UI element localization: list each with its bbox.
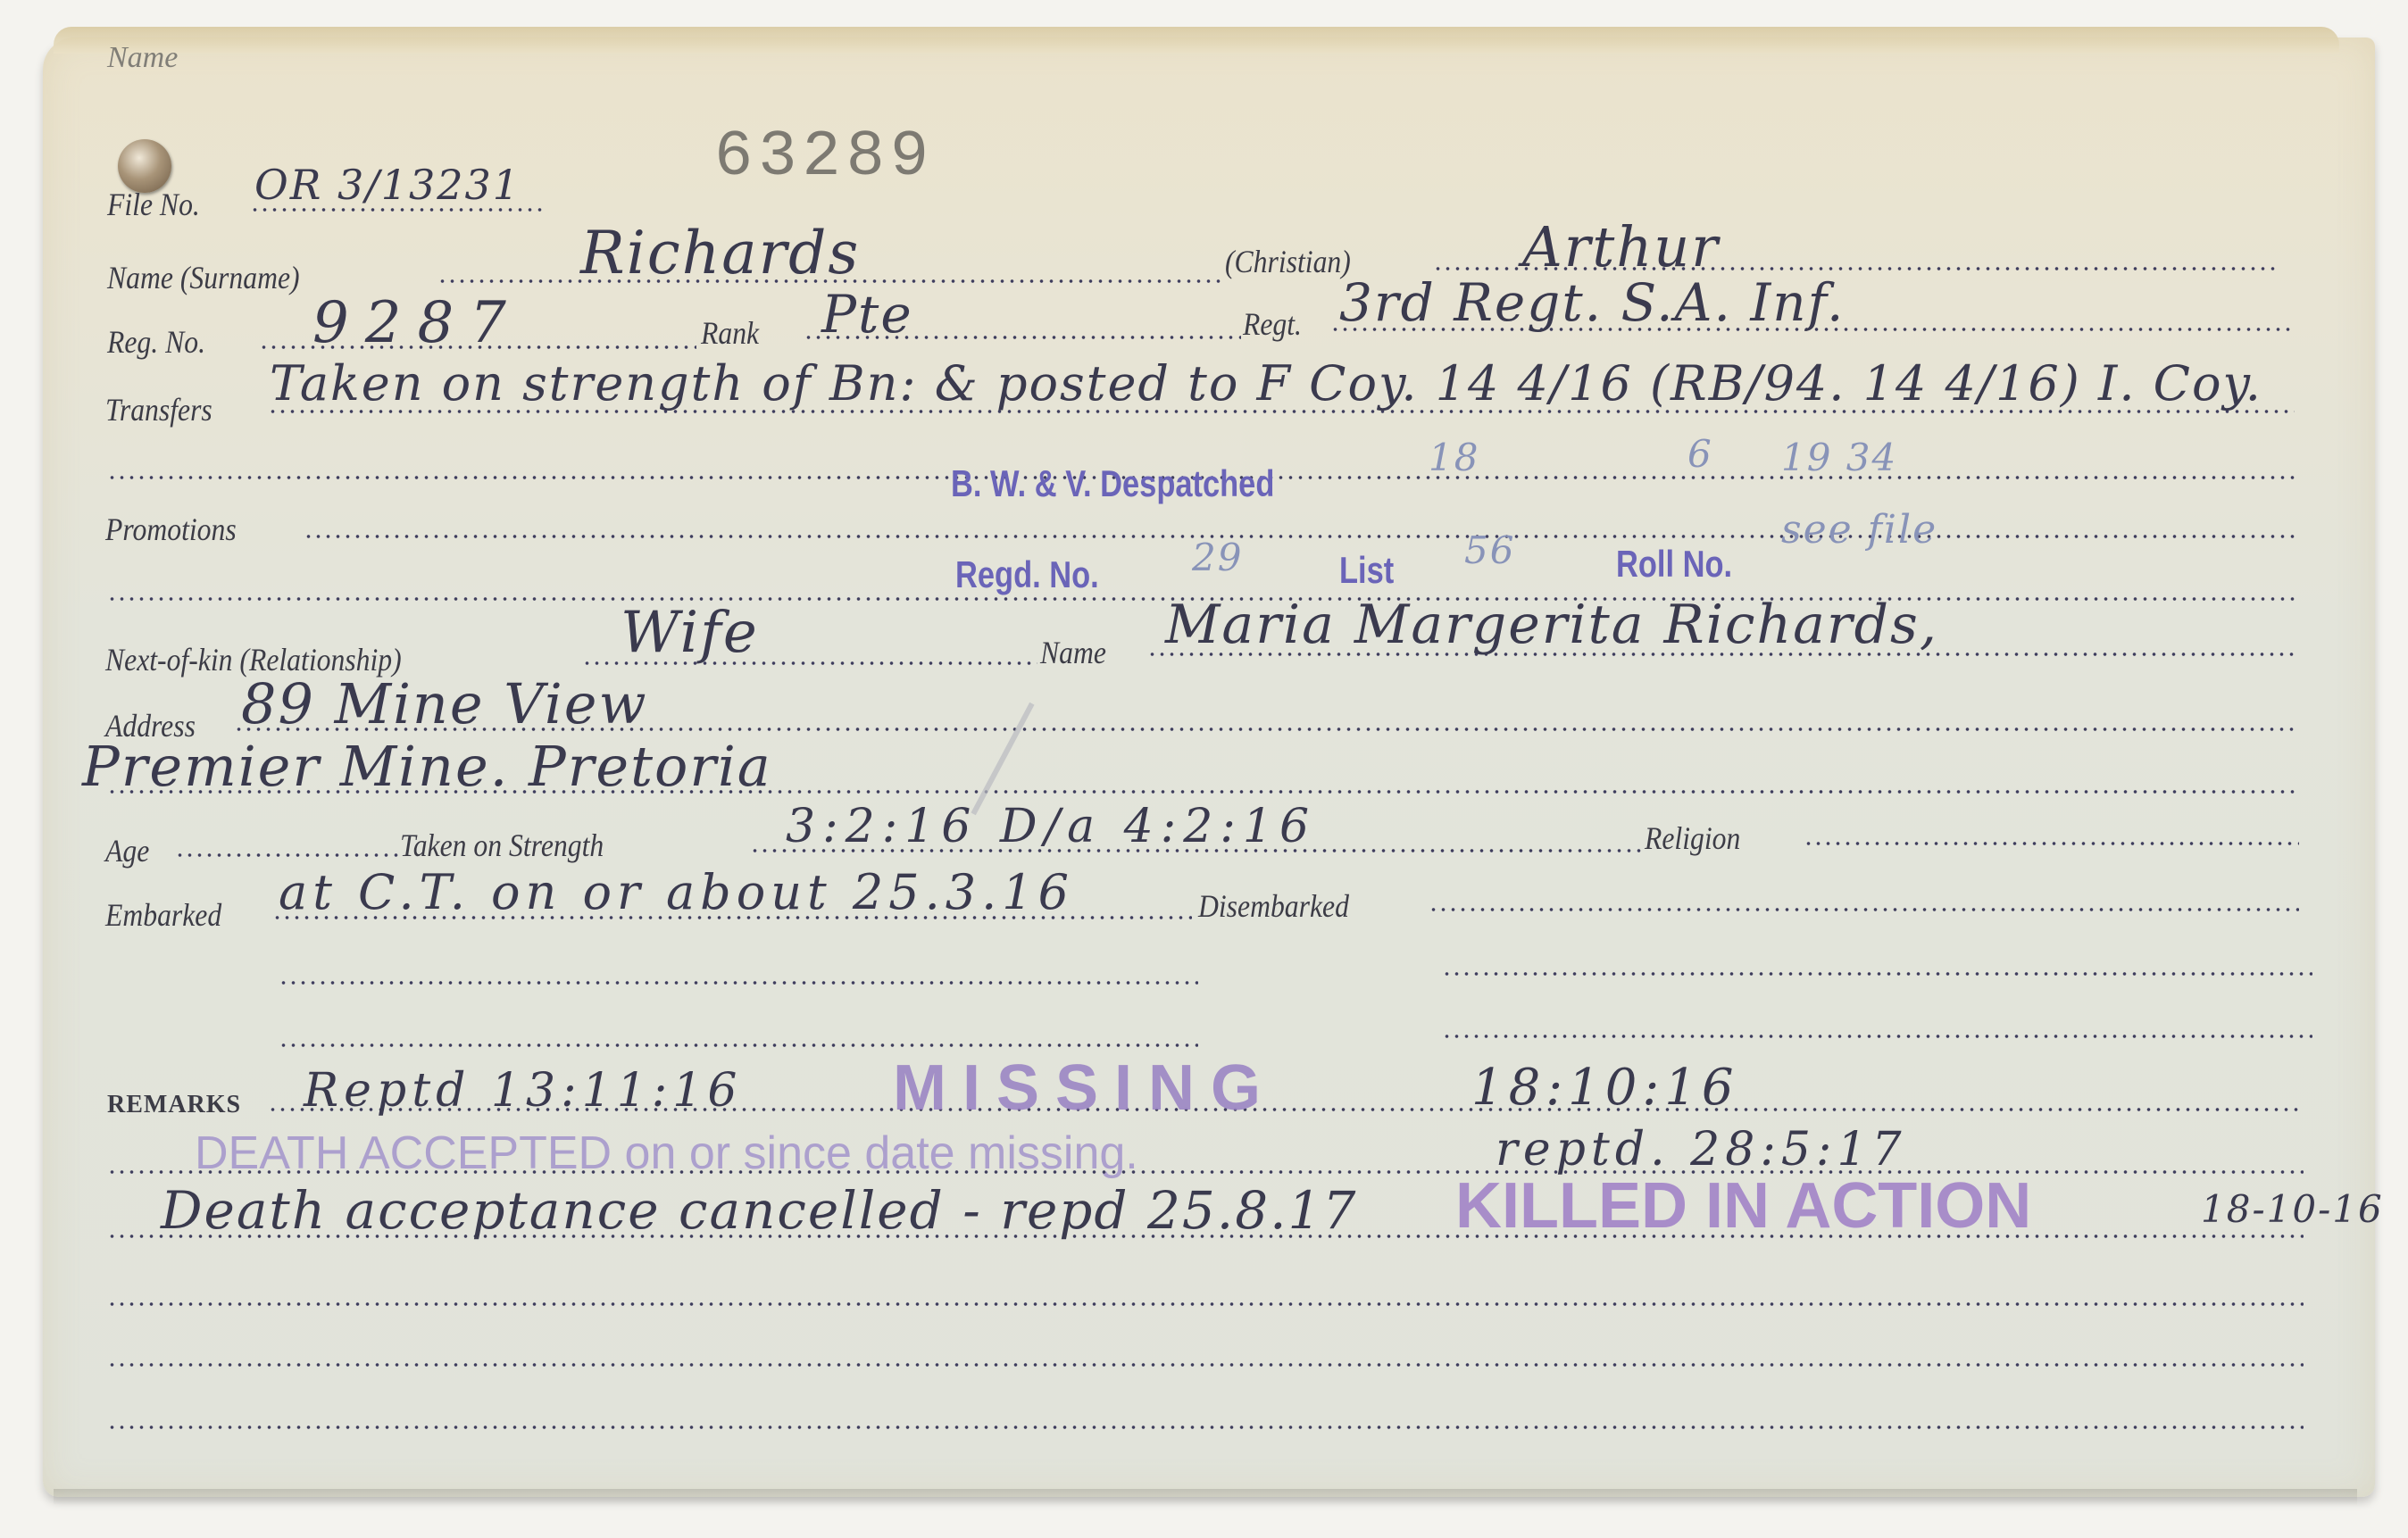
kin-name-label: Name — [1040, 634, 1106, 671]
regd-no-stamp: Regd. No. — [955, 553, 1099, 596]
regt-label: Regt. — [1243, 305, 1302, 343]
disembarked-label: Disembarked — [1198, 887, 1349, 925]
christian-value: Arthur — [1522, 214, 1720, 279]
roll-no-value: see file — [1781, 507, 1937, 553]
rivet-icon — [118, 139, 171, 193]
embarked-value: at C.T. on or about 25.3.16 — [279, 864, 1074, 920]
promotions-line — [304, 534, 2295, 539]
disembarked-line-3 — [1442, 1034, 2312, 1039]
missing-stamp: MISSING — [893, 1052, 1277, 1125]
age-label: Age — [105, 832, 149, 869]
address-line2: Premier Mine. Pretoria — [82, 734, 772, 799]
killed-in-action-date: 18-10-16 — [2201, 1187, 2384, 1231]
underlying-card-label: Name — [107, 41, 178, 75]
file-no-label: File No. — [107, 186, 200, 223]
stamped-number: 63289 — [714, 121, 934, 194]
transfers-value: Taken on strength of Bn: & posted to F C… — [270, 355, 2262, 412]
regt-value: 3rd Regt. S.A. Inf. — [1339, 272, 1845, 333]
embarked-label: Embarked — [105, 896, 221, 934]
bwv-year: 19 34 — [1781, 436, 1897, 479]
roll-no-stamp: Roll No. — [1616, 543, 1732, 586]
bwv-month: 6 — [1687, 432, 1713, 476]
reg-no-value: 9287 — [312, 290, 522, 356]
relationship-value: Wife — [621, 600, 759, 666]
promotions-label: Promotions — [105, 511, 237, 548]
bwv-day: 18 — [1429, 436, 1479, 479]
card-shadow — [54, 1489, 2357, 1505]
embarked-line-2 — [279, 980, 1198, 985]
embarked-line-3 — [279, 1043, 1198, 1048]
remarks-label: REMARKS — [107, 1091, 241, 1119]
remarks-reported: Reptd 13:11:16 — [304, 1064, 742, 1118]
disembarked-line — [1429, 907, 2299, 912]
missing-date: 18:10:16 — [1471, 1059, 1739, 1117]
list-value: 56 — [1464, 528, 1515, 572]
transfers-label: Transfers — [105, 391, 212, 428]
religion-line — [1804, 841, 2299, 846]
taken-on-strength-label: Taken on Strength — [400, 827, 604, 864]
remarks-line-4 — [107, 1301, 2304, 1307]
surname-label: Name (Surname) — [107, 259, 300, 296]
killed-in-action-stamp: KILLED IN ACTION — [1455, 1169, 2031, 1243]
address-line1: 89 Mine View — [241, 671, 648, 736]
kin-name-value: Maria Margerita Richards, — [1165, 594, 1938, 656]
death-acceptance-cancelled-note: Death acceptance cancelled - repd 25.8.1… — [161, 1180, 1357, 1241]
file-no-value: OR 3/13231 — [254, 161, 521, 209]
age-line — [175, 852, 398, 858]
regd-no-value: 29 — [1192, 536, 1243, 579]
list-stamp: List — [1339, 549, 1394, 592]
rank-label: Rank — [701, 314, 759, 352]
surname-value: Richards — [580, 219, 860, 287]
taken-on-strength-value: 3:2:16 D/a 4:2:16 — [786, 800, 1316, 853]
card-top-edge — [54, 27, 2339, 54]
disembarked-line-2 — [1442, 971, 2312, 977]
remarks-line-6 — [107, 1425, 2304, 1430]
bwv-despatched-stamp: B. W. & V. Despatched — [951, 462, 1274, 505]
christian-label: (Christian) — [1225, 243, 1351, 280]
remarks-line-5 — [107, 1362, 2304, 1368]
reg-no-label: Reg. No. — [107, 323, 205, 361]
death-accepted-reported: reptd. 28:5:17 — [1496, 1123, 1907, 1176]
rank-value: Pte — [821, 284, 913, 345]
religion-label: Religion — [1645, 819, 1740, 857]
